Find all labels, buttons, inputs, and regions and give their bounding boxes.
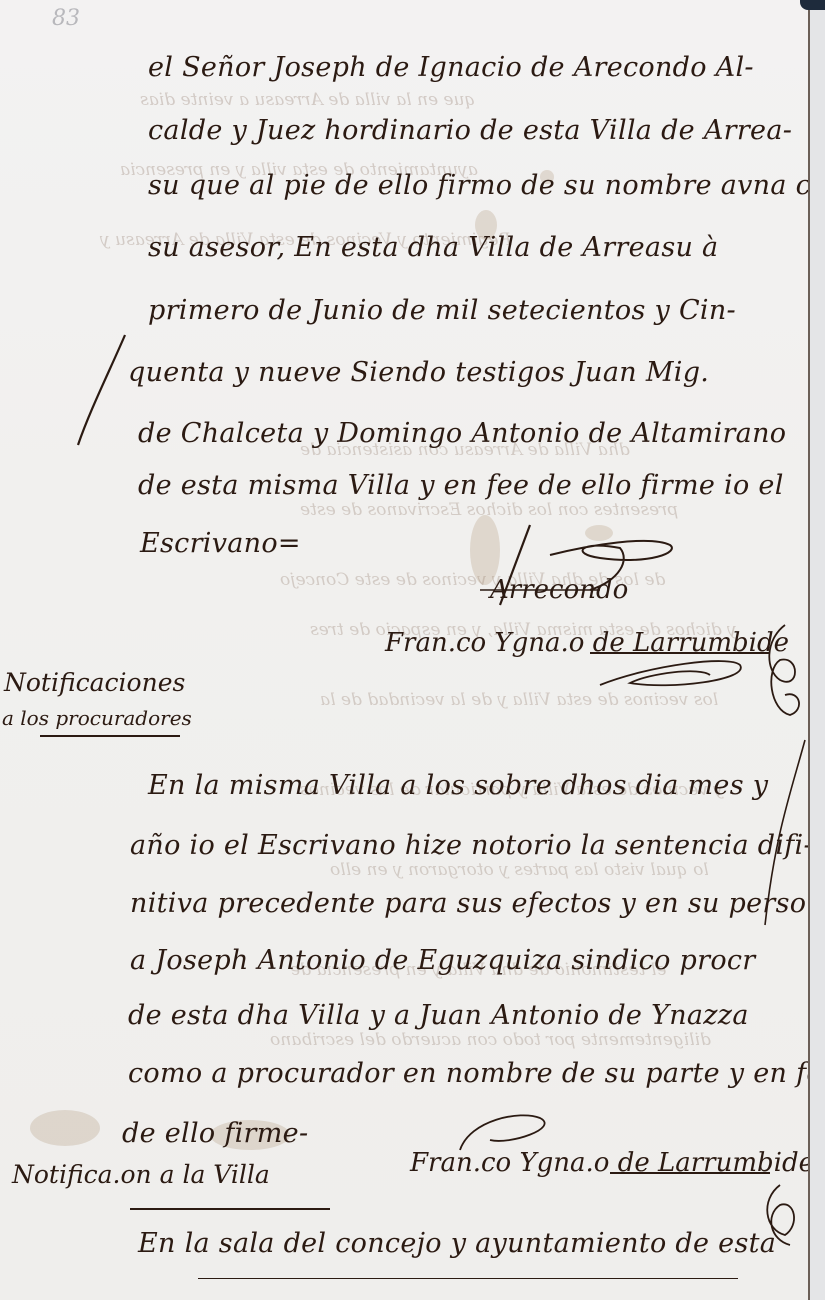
body-line-2: calde y Juez hordinario de esta Villa de… [148,115,792,146]
signature-underline [610,1172,770,1174]
binding-corner [800,0,825,10]
notification-line-6: como a procurador en nombre de su parte … [128,1058,808,1089]
right-bracket-stroke [760,735,808,935]
signature-flourish [450,1110,580,1160]
folio-number: 83 [52,6,80,31]
final-line: En la sala del concejo y ayuntamiento de… [138,1228,776,1259]
bleed-through-text: diligentemente por todo con acuerdo del … [270,1030,711,1050]
signature-larrumbide-1: Fran.co Ygna.o de Larrumbide [385,628,789,658]
descender-stroke [70,330,130,450]
signature-underline [590,652,770,654]
notification-line-7: de ello firme- [122,1118,308,1149]
margin-note-underline [40,735,180,737]
margin-note-notificacion-villa: Notifica.on a la Villa [12,1160,270,1189]
body-line-8: de esta misma Villa y en fee de ello fir… [138,470,784,501]
notification-line-4: a Joseph Antonio de Eguzquiza sindico pr… [130,945,756,976]
page-end-rule [198,1278,738,1279]
manuscript-page: que en la villa de Arreasu a veinte dias… [0,0,808,1300]
notification-line-2: año io el Escrivano hize notorio la sent… [130,830,808,861]
body-line-6: quenta y nueve Siendo testigos Juan Mig. [128,357,709,388]
adjacent-leaf [810,0,825,1300]
body-line-5: primero de Junio de mil setecientos y Ci… [148,295,736,326]
bleed-through-text: que en la villa de Arreasu a veinte dias [140,90,475,110]
margin-note-procuradores: a los procuradores [2,706,192,730]
right-margin-flourish [760,620,808,720]
margin-note-notificaciones: Notificaciones [4,668,185,697]
notification-line-5: de esta dha Villa y a Juan Antonio de Yn… [128,1000,749,1031]
body-line-3: su que al pie de ello firmo de su nombre… [148,170,808,201]
paper-stain [30,1110,100,1146]
signature-flourish [480,520,680,610]
notification-line-1: En la misma Villa a los sobre dhos dia m… [148,770,768,801]
notification-line-3: nitiva precedente para sus efectos y en … [130,888,808,919]
margin-note-underline [130,1208,330,1210]
body-line-7: de Chalceta y Domingo Antonio de Altamir… [138,418,786,449]
body-line-1: el Señor Joseph de Ignacio de Arecondo A… [148,52,754,83]
body-line-9: Escrivano= [140,528,301,559]
bleed-through-text: lo qual visto las partes y otorgaron y e… [330,860,709,880]
body-line-4: su asesor, En esta dha Villa de Arreasu … [148,232,718,263]
